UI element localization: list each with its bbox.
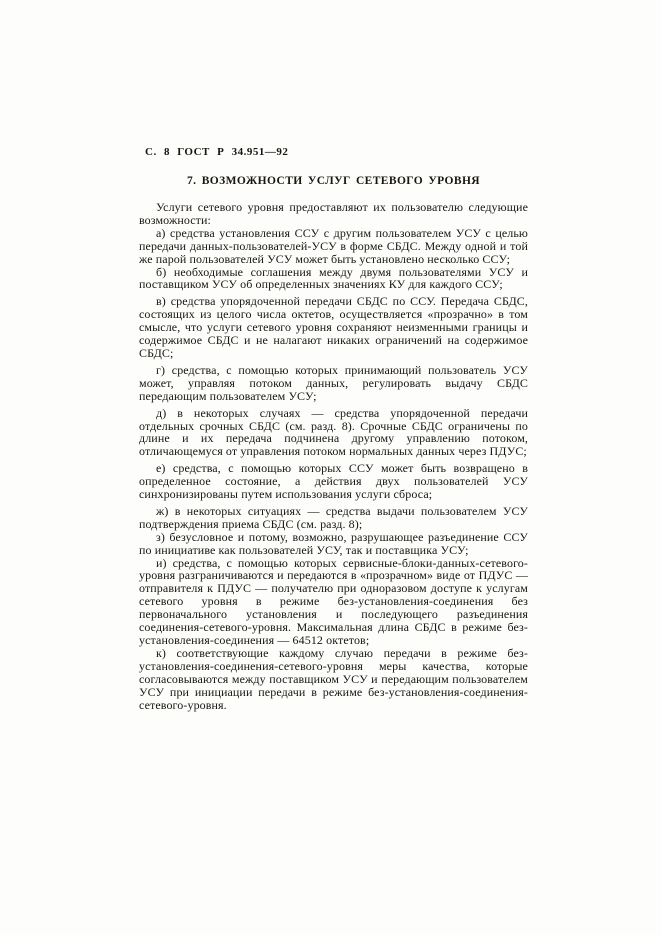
list-item-i: и) средства, с помощью которых сервисные… bbox=[139, 557, 528, 647]
running-header: С. 8 ГОСТ Р 34.951—92 bbox=[139, 146, 528, 158]
list-item-v: в) средства упорядоченной передачи СБДС … bbox=[139, 295, 528, 360]
list-item-d: д) в некоторых случаях — средства упоряд… bbox=[139, 407, 528, 459]
page-content: С. 8 ГОСТ Р 34.951—92 7. ВОЗМОЖНОСТИ УСЛ… bbox=[139, 146, 528, 711]
paragraph-intro: Услуги сетевого уровня предоставляют их … bbox=[139, 201, 528, 227]
list-item-b: б) необходимые соглашения между двумя по… bbox=[139, 266, 528, 292]
section-title: 7. ВОЗМОЖНОСТИ УСЛУГ СЕТЕВОГО УРОВНЯ bbox=[139, 175, 528, 187]
section-body: Услуги сетевого уровня предоставляют их … bbox=[139, 201, 528, 711]
list-item-g: г) средства, с помощью которых принимающ… bbox=[139, 364, 528, 403]
list-item-k: к) соответствующие каждому случаю переда… bbox=[139, 647, 528, 712]
list-item-z: з) безусловное и потому, возможно, разру… bbox=[139, 531, 528, 557]
list-item-zh: ж) в некоторых ситуациях — средства выда… bbox=[139, 505, 528, 531]
document-page: С. 8 ГОСТ Р 34.951—92 7. ВОЗМОЖНОСТИ УСЛ… bbox=[0, 0, 661, 935]
list-item-a: а) средства установления ССУ с другим по… bbox=[139, 227, 528, 266]
list-item-e: е) средства, с помощью которых ССУ может… bbox=[139, 462, 528, 501]
